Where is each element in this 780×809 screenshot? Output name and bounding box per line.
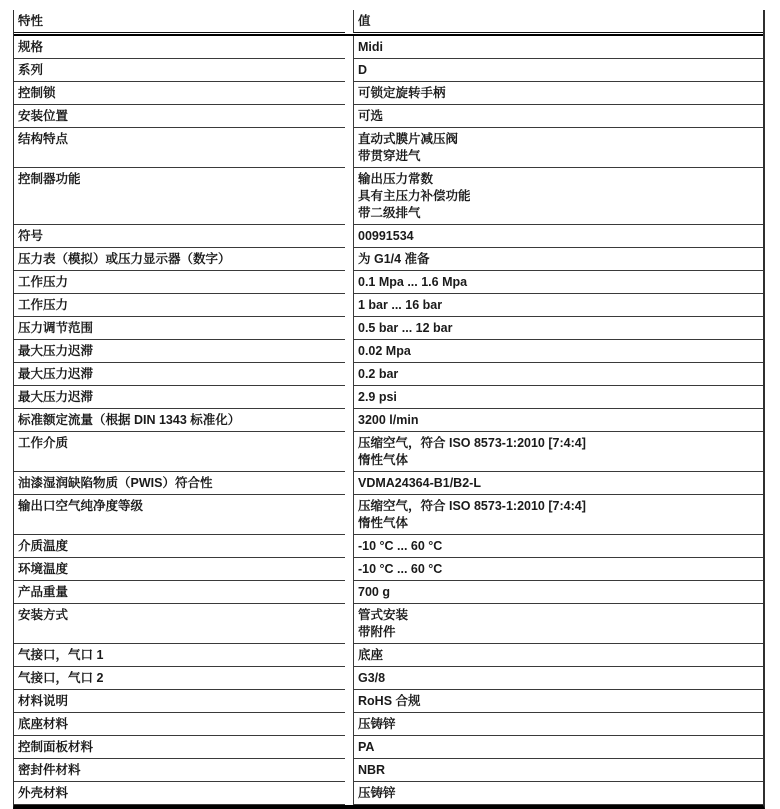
value-cell: Midi — [353, 36, 763, 59]
table-row: 压力表（模拟）或压力显示器（数字） 为 G1/4 准备 — [14, 248, 763, 271]
table-row: 外壳材料 压铸锌 — [14, 782, 763, 800]
value-cell: NBR — [353, 759, 763, 782]
value-cell: 可选 — [353, 105, 763, 128]
table-row: 工作介质 压缩空气，符合 ISO 8573-1:2010 [7:4:4]惰性气体 — [14, 432, 763, 472]
property-cell: 控制锁 — [14, 82, 345, 105]
property-cell: 输出口空气纯净度等级 — [14, 495, 345, 535]
value-cell: 3200 l/min — [353, 409, 763, 432]
value-cell: 压铸锌 — [353, 782, 763, 800]
table-row: 符号 00991534 — [14, 225, 763, 248]
value-cell: 管式安装带附件 — [353, 604, 763, 644]
property-cell: 压力表（模拟）或压力显示器（数字） — [14, 248, 345, 271]
value-cell: 00991534 — [353, 225, 763, 248]
column-gap — [345, 363, 353, 386]
value-line: 0.5 bar ... 12 bar — [358, 320, 759, 337]
value-cell: 1 bar ... 16 bar — [353, 294, 763, 317]
property-cell: 产品重量 — [14, 581, 345, 604]
value-line: 2.9 psi — [358, 389, 759, 406]
column-gap — [345, 495, 353, 535]
value-line: 输出压力常数 — [358, 171, 759, 188]
value-cell: 输出压力常数具有主压力补偿功能带二级排气 — [353, 168, 763, 225]
table-row: 环境温度 -10 °C ... 60 °C — [14, 558, 763, 581]
spec-table-header-row: 特性 值 — [14, 10, 763, 36]
column-gap — [345, 581, 353, 604]
value-line: 直动式膜片减压阀 — [358, 131, 759, 148]
value-cell: 为 G1/4 准备 — [353, 248, 763, 271]
table-row: 控制器功能 输出压力常数具有主压力补偿功能带二级排气 — [14, 168, 763, 225]
table-row: 气接口，气口 2 G3/8 — [14, 667, 763, 690]
property-cell: 工作压力 — [14, 294, 345, 317]
property-cell: 工作介质 — [14, 432, 345, 472]
value-line: 0.02 Mpa — [358, 343, 759, 360]
value-cell: 2.9 psi — [353, 386, 763, 409]
value-cell: D — [353, 59, 763, 82]
value-line: 带附件 — [358, 624, 759, 641]
column-gap — [345, 667, 353, 690]
column-gap — [345, 340, 353, 363]
value-line: 压缩空气，符合 ISO 8573-1:2010 [7:4:4] — [358, 435, 759, 452]
value-line: -10 °C ... 60 °C — [358, 561, 759, 578]
value-line: 00991534 — [358, 228, 759, 245]
table-row: 控制锁 可锁定旋转手柄 — [14, 82, 763, 105]
value-cell: 压缩空气，符合 ISO 8573-1:2010 [7:4:4]惰性气体 — [353, 432, 763, 472]
property-cell: 控制面板材料 — [14, 736, 345, 759]
column-gap — [345, 644, 353, 667]
column-gap — [345, 59, 353, 82]
table-row: 材料说明 RoHS 合规 — [14, 690, 763, 713]
value-line: VDMA24364-B1/B2-L — [358, 475, 759, 492]
table-row: 规格 Midi — [14, 36, 763, 59]
column-gap — [345, 294, 353, 317]
value-cell: 0.1 Mpa ... 1.6 Mpa — [353, 271, 763, 294]
value-cell: 直动式膜片减压阀带贯穿进气 — [353, 128, 763, 168]
table-row: 工作压力 0.1 Mpa ... 1.6 Mpa — [14, 271, 763, 294]
value-line: Midi — [358, 39, 759, 56]
value-line: 具有主压力补偿功能 — [358, 188, 759, 205]
property-cell: 符号 — [14, 225, 345, 248]
value-line: 3200 l/min — [358, 412, 759, 429]
spec-table: 特性 值 规格 Midi 系列 D 控制锁 可锁定旋转手柄 安装位置 可选 结构… — [13, 10, 765, 800]
property-cell: 系列 — [14, 59, 345, 82]
value-cell: 压缩空气，符合 ISO 8573-1:2010 [7:4:4]惰性气体 — [353, 495, 763, 535]
table-row: 最大压力迟滞 2.9 psi — [14, 386, 763, 409]
column-gap — [345, 10, 353, 33]
property-cell: 安装方式 — [14, 604, 345, 644]
value-line: 压铸锌 — [358, 716, 759, 733]
header-property-cell: 特性 — [14, 10, 345, 33]
column-gap — [345, 736, 353, 759]
value-cell: 0.2 bar — [353, 363, 763, 386]
value-cell: -10 °C ... 60 °C — [353, 558, 763, 581]
value-cell: 底座 — [353, 644, 763, 667]
table-row: 介质温度 -10 °C ... 60 °C — [14, 535, 763, 558]
property-cell: 最大压力迟滞 — [14, 340, 345, 363]
value-line: 惰性气体 — [358, 515, 759, 532]
property-cell: 规格 — [14, 36, 345, 59]
value-line: RoHS 合规 — [358, 693, 759, 710]
property-cell: 最大压力迟滞 — [14, 363, 345, 386]
value-line: -10 °C ... 60 °C — [358, 538, 759, 555]
table-row: 安装方式 管式安装带附件 — [14, 604, 763, 644]
value-line: 0.2 bar — [358, 366, 759, 383]
value-cell: G3/8 — [353, 667, 763, 690]
table-row: 结构特点 直动式膜片减压阀带贯穿进气 — [14, 128, 763, 168]
header-value-cell: 值 — [353, 10, 763, 33]
table-row: 控制面板材料 PA — [14, 736, 763, 759]
column-gap — [345, 271, 353, 294]
column-gap — [345, 82, 353, 105]
table-row: 油漆湿润缺陷物质（PWIS）符合性 VDMA24364-B1/B2-L — [14, 472, 763, 495]
value-line: PA — [358, 739, 759, 756]
table-row: 标准额定流量（根据 DIN 1343 标准化） 3200 l/min — [14, 409, 763, 432]
column-gap — [345, 535, 353, 558]
column-gap — [345, 690, 353, 713]
table-row: 压力调节范围 0.5 bar ... 12 bar — [14, 317, 763, 340]
property-cell: 密封件材料 — [14, 759, 345, 782]
value-line: NBR — [358, 762, 759, 779]
table-row: 气接口，气口 1 底座 — [14, 644, 763, 667]
value-line: 1 bar ... 16 bar — [358, 297, 759, 314]
value-line: 惰性气体 — [358, 452, 759, 469]
value-cell: 700 g — [353, 581, 763, 604]
column-gap — [345, 558, 353, 581]
value-line: 带贯穿进气 — [358, 148, 759, 165]
property-cell: 底座材料 — [14, 713, 345, 736]
property-cell: 安装位置 — [14, 105, 345, 128]
value-cell: VDMA24364-B1/B2-L — [353, 472, 763, 495]
value-cell: 0.5 bar ... 12 bar — [353, 317, 763, 340]
property-cell: 结构特点 — [14, 128, 345, 168]
value-line: G3/8 — [358, 670, 759, 687]
spec-table-body: 规格 Midi 系列 D 控制锁 可锁定旋转手柄 安装位置 可选 结构特点 直动… — [14, 36, 763, 800]
value-line: 700 g — [358, 584, 759, 601]
table-row: 输出口空气纯净度等级 压缩空气，符合 ISO 8573-1:2010 [7:4:… — [14, 495, 763, 535]
table-row: 产品重量 700 g — [14, 581, 763, 604]
column-gap — [345, 713, 353, 736]
table-row: 最大压力迟滞 0.2 bar — [14, 363, 763, 386]
column-gap — [345, 168, 353, 225]
value-cell: 0.02 Mpa — [353, 340, 763, 363]
column-gap — [345, 604, 353, 644]
value-line: 管式安装 — [358, 607, 759, 624]
property-cell: 气接口，气口 2 — [14, 667, 345, 690]
table-row: 系列 D — [14, 59, 763, 82]
table-row: 密封件材料 NBR — [14, 759, 763, 782]
column-gap — [345, 317, 353, 340]
column-gap — [345, 225, 353, 248]
column-gap — [345, 248, 353, 271]
column-gap — [345, 432, 353, 472]
value-cell: RoHS 合规 — [353, 690, 763, 713]
property-cell: 工作压力 — [14, 271, 345, 294]
value-line: D — [358, 62, 759, 79]
column-gap — [345, 128, 353, 168]
value-line: 为 G1/4 准备 — [358, 251, 759, 268]
property-cell: 标准额定流量（根据 DIN 1343 标准化） — [14, 409, 345, 432]
property-cell: 介质温度 — [14, 535, 345, 558]
table-row: 底座材料 压铸锌 — [14, 713, 763, 736]
property-cell: 油漆湿润缺陷物质（PWIS）符合性 — [14, 472, 345, 495]
column-gap — [345, 386, 353, 409]
value-line: 0.1 Mpa ... 1.6 Mpa — [358, 274, 759, 291]
column-gap — [345, 409, 353, 432]
property-cell: 气接口，气口 1 — [14, 644, 345, 667]
property-cell: 压力调节范围 — [14, 317, 345, 340]
value-line: 可锁定旋转手柄 — [358, 85, 759, 102]
value-line: 可选 — [358, 108, 759, 125]
property-cell: 材料说明 — [14, 690, 345, 713]
property-cell: 环境温度 — [14, 558, 345, 581]
value-cell: -10 °C ... 60 °C — [353, 535, 763, 558]
column-gap — [345, 105, 353, 128]
table-row: 工作压力 1 bar ... 16 bar — [14, 294, 763, 317]
column-gap — [345, 472, 353, 495]
table-row: 安装位置 可选 — [14, 105, 763, 128]
column-gap — [345, 759, 353, 782]
value-line: 底座 — [358, 647, 759, 664]
column-gap — [345, 782, 353, 800]
property-cell: 最大压力迟滞 — [14, 386, 345, 409]
value-cell: PA — [353, 736, 763, 759]
value-cell: 可锁定旋转手柄 — [353, 82, 763, 105]
value-cell: 压铸锌 — [353, 713, 763, 736]
property-cell: 外壳材料 — [14, 782, 345, 800]
value-line: 压缩空气，符合 ISO 8573-1:2010 [7:4:4] — [358, 498, 759, 515]
column-gap — [345, 36, 353, 59]
property-cell: 控制器功能 — [14, 168, 345, 225]
value-line: 带二级排气 — [358, 205, 759, 222]
value-line: 压铸锌 — [358, 785, 759, 800]
table-row: 最大压力迟滞 0.02 Mpa — [14, 340, 763, 363]
